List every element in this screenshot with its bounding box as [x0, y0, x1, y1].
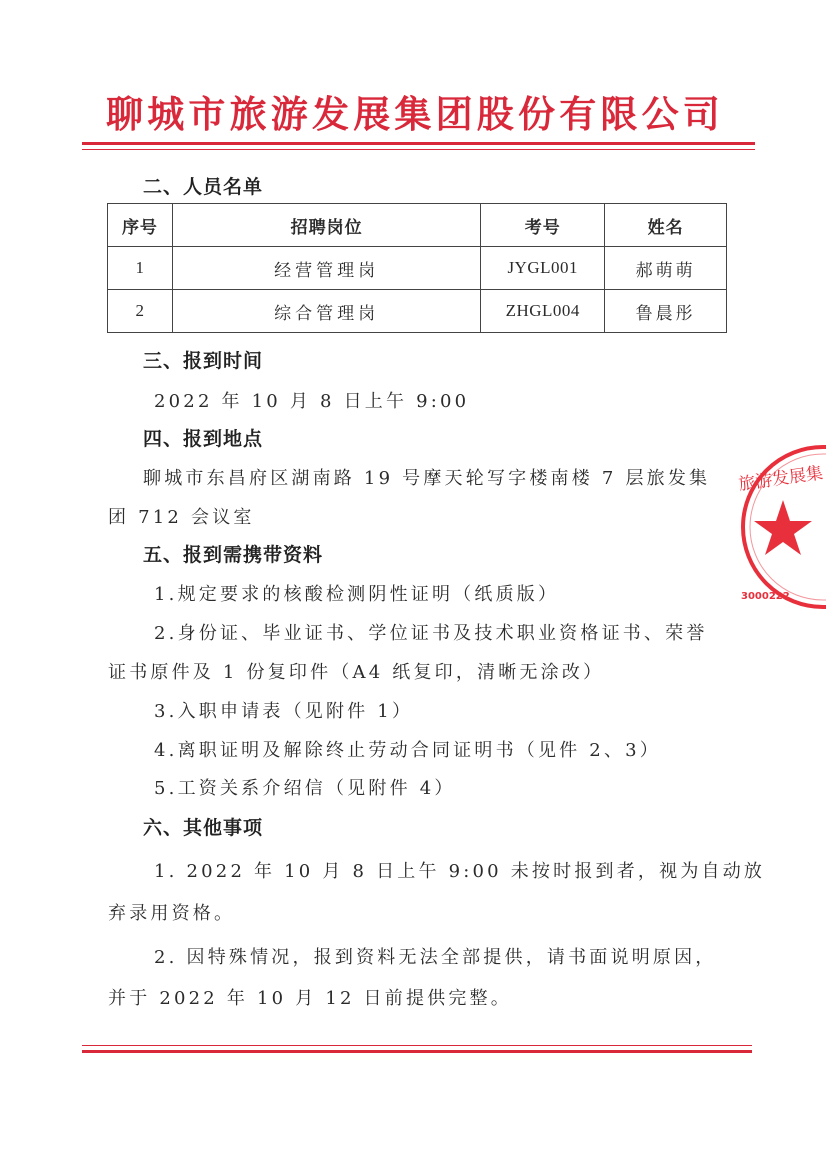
section-heading-report-location: 四、报到地点: [143, 427, 263, 451]
materials-item-2-line2: 证书原件及 1 份复印件（A4 纸复印，清晰无涂改）: [108, 661, 604, 685]
footer-rule-thick: [82, 1050, 752, 1053]
letterhead-rule-thick: [82, 142, 755, 145]
materials-item-5: 5.工资关系介绍信（见附件 4）: [154, 777, 456, 801]
table-row: 2 综合管理岗 ZHGL004 鲁晨彤: [108, 290, 727, 333]
other-item-2-line1: 2. 因特殊情况，报到资料无法全部提供，请书面说明原因，: [154, 946, 717, 970]
svg-text:旅游发展集: 旅游发展集: [737, 463, 824, 495]
materials-item-3: 3.入职申请表（见附件 1）: [154, 700, 413, 724]
report-time-text: 2022 年 10 月 8 日上午 9:00: [154, 390, 469, 414]
cell-index: 1: [108, 247, 173, 290]
header-index: 序号: [108, 204, 173, 247]
materials-item-1: 1.规定要求的核酸检测阴性证明（纸质版）: [154, 583, 559, 607]
materials-item-4: 4.离职证明及解除终止劳动合同证明书（见件 2、3）: [154, 739, 661, 763]
footer-rule-thin: [82, 1045, 752, 1046]
other-item-2-line2: 并于 2022 年 10 月 12 日前提供完整。: [108, 987, 512, 1011]
section-heading-materials: 五、报到需携带资料: [143, 543, 323, 567]
report-location-line1: 聊城市东昌府区湖南路 19 号摩天轮写字楼南楼 7 层旅发集: [143, 467, 710, 491]
seal-icon: 旅游发展集 3000222: [735, 445, 826, 615]
staff-table: 序号 招聘岗位 考号 姓名 1 经营管理岗 JYGL001 郝萌萌 2 综合管理…: [107, 203, 727, 333]
cell-exam-no: ZHGL004: [481, 290, 605, 333]
section-heading-other-matters: 六、其他事项: [143, 816, 263, 840]
cell-name: 郝萌萌: [605, 247, 727, 290]
section-heading-report-time: 三、报到时间: [143, 349, 263, 373]
header-exam-no: 考号: [481, 204, 605, 247]
cell-index: 2: [108, 290, 173, 333]
cell-position: 经营管理岗: [172, 247, 480, 290]
cell-position: 综合管理岗: [172, 290, 480, 333]
cell-name: 鲁晨彤: [605, 290, 727, 333]
other-item-1-line1: 1. 2022 年 10 月 8 日上午 9:00 未按时报到者，视为自动放: [154, 860, 765, 884]
official-seal: 旅游发展集 3000222: [735, 445, 826, 610]
letterhead-rule-thin: [82, 149, 755, 150]
svg-text:3000222: 3000222: [741, 591, 790, 602]
table-row: 1 经营管理岗 JYGL001 郝萌萌: [108, 247, 727, 290]
section-heading-staff-list: 二、人员名单: [143, 175, 263, 199]
other-item-1-line2: 弃录用资格。: [108, 902, 235, 926]
star-icon: [754, 500, 812, 555]
letterhead-company-name: 聊城市旅游发展集团股份有限公司: [106, 92, 736, 136]
cell-exam-no: JYGL001: [481, 247, 605, 290]
report-location-line2: 团 712 会议室: [108, 506, 255, 530]
table-header-row: 序号 招聘岗位 考号 姓名: [108, 204, 727, 247]
header-name: 姓名: [605, 204, 727, 247]
materials-item-2-line1: 2.身份证、毕业证书、学位证书及技术职业资格证书、荣誉: [154, 622, 708, 646]
header-position: 招聘岗位: [172, 204, 480, 247]
